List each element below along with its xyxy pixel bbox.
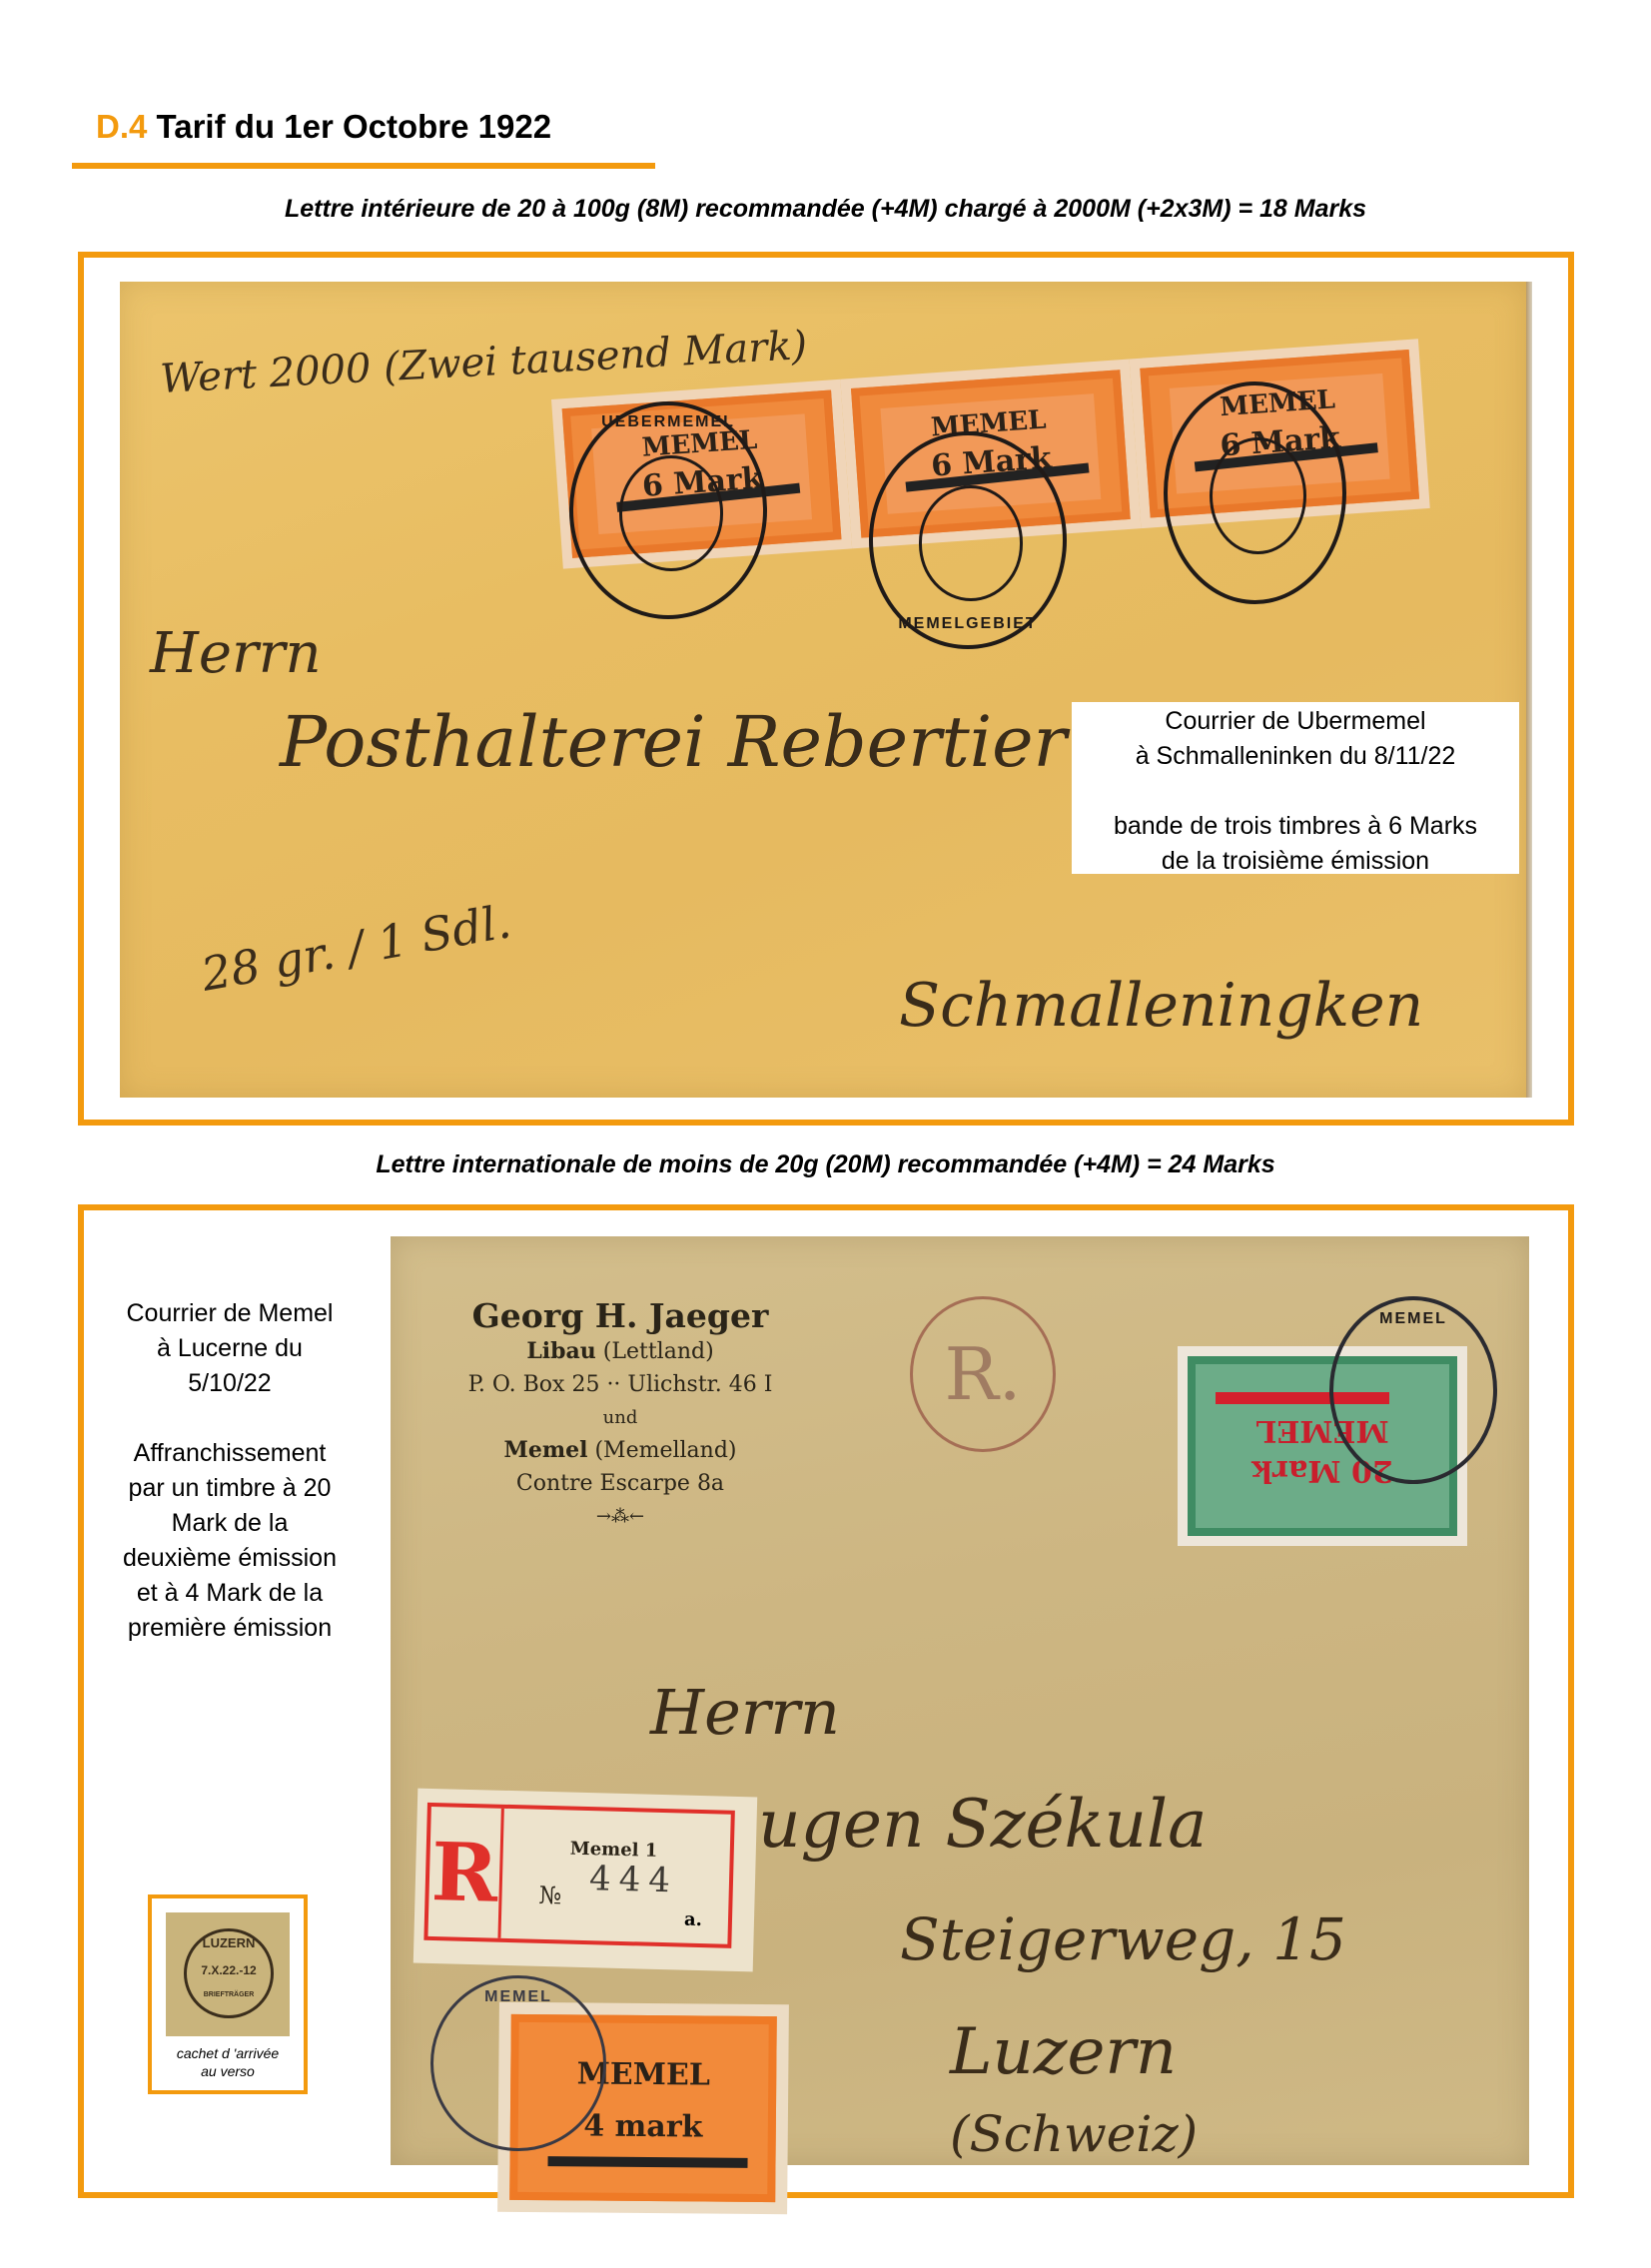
description-line: et à 4 Mark de la <box>90 1576 370 1611</box>
description-line: de la troisième émission <box>1072 844 1519 879</box>
cover-description-domestic: Courrier de Ubermemel à Schmalleninken d… <box>1072 702 1519 874</box>
registration-suffix: a. <box>684 1909 702 1930</box>
sender-address: Contre Escarpe 8a <box>430 1467 810 1500</box>
postmark-city: LUZERN <box>187 1935 271 1950</box>
description-line: à Lucerne du <box>90 1331 370 1366</box>
registration-number-prefix: № <box>538 1882 561 1910</box>
page-title: D.4 Tarif du 1er Octobre 1922 <box>96 108 551 146</box>
description-line: deuxième émission <box>90 1541 370 1576</box>
sender-city: Memel <box>503 1437 587 1463</box>
postmark-text: MEMEL <box>1333 1310 1493 1328</box>
postmark-circle: MEMELGEBIET <box>869 431 1067 649</box>
tariff-caption-international: Lettre internationale de moins de 20g (2… <box>0 1150 1651 1179</box>
envelope-international: Georg H. Jaeger Libau (Lettland) P. O. B… <box>391 1236 1529 2165</box>
cover-description-international: Courrier de Memel à Lucerne du 5/10/22 A… <box>90 1296 370 1646</box>
description-line: 5/10/22 <box>90 1366 370 1401</box>
inset-caption: cachet d 'arrivée au verso <box>152 2044 304 2080</box>
handwritten-addressee-2: Eugen Székula <box>710 1786 1207 1863</box>
sender-imprint: Georg H. Jaeger Libau (Lettland) P. O. B… <box>430 1296 810 1533</box>
postmark-circle: MEMEL <box>1329 1296 1497 1484</box>
registered-oval-mark: R. <box>910 1296 1056 1452</box>
inset-caption-line: au verso <box>152 2062 304 2080</box>
arrival-postmark-image: LUZERN 7.X.22.-12 BRIEFTRÄGER <box>166 1912 290 2036</box>
description-line: Mark de la <box>90 1506 370 1541</box>
registration-letter: R <box>427 1807 503 1938</box>
tariff-caption-domestic: Lettre intérieure de 20 à 100g (8M) reco… <box>0 195 1651 224</box>
sender-country: (Memelland) <box>594 1438 736 1463</box>
description-line: Courrier de Ubermemel <box>1072 704 1519 739</box>
postmark-circle: MEMEL <box>430 1975 606 2151</box>
registration-number: 444 <box>589 1859 679 1900</box>
description-line: à Schmalleninken du 8/11/22 <box>1072 739 1519 774</box>
description-line: par un timbre à 20 <box>90 1471 370 1506</box>
handwritten-weight: 28 gr. / 1 Sdl. <box>198 894 515 1002</box>
postmark-date: 7.X.22.-12 <box>187 1963 271 1977</box>
arrival-postmark-inset: LUZERN 7.X.22.-12 BRIEFTRÄGER cachet d '… <box>148 1894 308 2094</box>
postmark-circle: LUZERN 7.X.22.-12 BRIEFTRÄGER <box>184 1928 274 2018</box>
section-number: D.4 <box>96 108 147 145</box>
inset-caption-line: cachet d 'arrivée <box>152 2044 304 2062</box>
handwritten-destination: Schmalleningken <box>899 971 1423 1041</box>
handwritten-addressee-1: Herrn <box>150 621 322 686</box>
section-title: Tarif du 1er Octobre 1922 <box>157 108 552 145</box>
postmark-text: UEBERMEMEL <box>573 413 763 431</box>
postmark-text: MEMELGEBIET <box>873 615 1063 633</box>
description-line: Courrier de Memel <box>90 1296 370 1331</box>
title-underline <box>72 163 655 169</box>
sender-address: P. O. Box 25 ·· Ulichstr. 46 I <box>430 1368 810 1401</box>
handwritten-addressee-4: Luzern <box>950 2015 1177 2089</box>
description-line: Affranchissement <box>90 1436 370 1471</box>
postmark-bottom: BRIEFTRÄGER <box>187 1991 271 1998</box>
sender-country: (Lettland) <box>603 1339 714 1364</box>
postmark-text: MEMEL <box>433 1988 603 2006</box>
handwritten-addressee-5: (Schweiz) <box>950 2105 1198 2163</box>
ornament: →⁂← <box>430 1500 810 1533</box>
handwritten-addressee-1: Herrn <box>650 1676 840 1749</box>
obliteration-bar <box>547 2156 747 2168</box>
postmark-circle: UEBERMEMEL <box>569 401 767 619</box>
registration-office: Memel 1 <box>570 1839 658 1862</box>
envelope-domestic: Wert 2000 (Zwei tausend Mark) MEMEL6 Mar… <box>120 282 1526 1098</box>
description-line: première émission <box>90 1611 370 1646</box>
registered-mark-text: R. <box>944 1332 1021 1416</box>
handwritten-addressee-3: Steigerweg, 15 <box>900 1905 1346 1973</box>
sender-city: Libau <box>526 1338 595 1364</box>
handwritten-addressee-2: Posthalterei Rebertier <box>280 701 1067 783</box>
description-line: bande de trois timbres à 6 Marks <box>1072 809 1519 844</box>
sender-name: Georg H. Jaeger <box>430 1296 810 1335</box>
registration-label: R Memel 1 444 № a. <box>413 1789 757 1972</box>
sender-and: und <box>430 1401 810 1434</box>
envelope-edge <box>1526 282 1532 1098</box>
postmark-circle <box>1164 381 1346 604</box>
